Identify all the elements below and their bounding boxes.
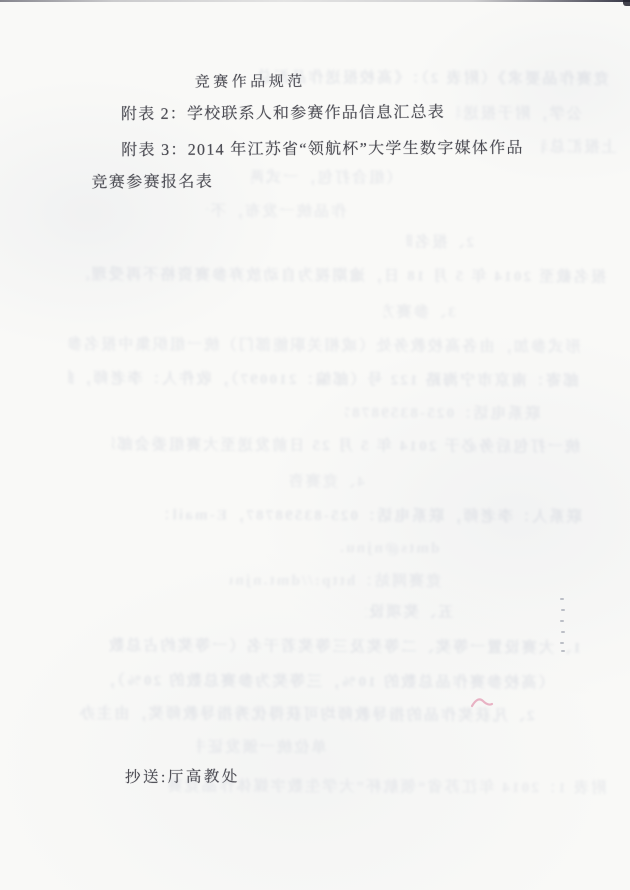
pink-pen-stroke xyxy=(472,699,492,706)
cc-line: 抄送:厅高教处 xyxy=(125,764,240,787)
attachment3-line: 附表 3：2014 年江苏省“领航杯”大学生数字媒体作品 xyxy=(121,135,524,160)
edge-tick-artifact xyxy=(560,598,564,600)
edge-tick-artifact xyxy=(561,609,565,611)
title-line: 竞赛作品规范 xyxy=(195,70,306,92)
scanned-page: 竞赛作品要求》（附表 2）：《高校报送作品汇总公学，附于报送表上报汇总表（组合打… xyxy=(0,0,630,890)
pink-pen-mark xyxy=(470,694,494,710)
attachment3-continuation-line: 竞赛参赛报名表 xyxy=(91,169,213,193)
edge-tick-artifact xyxy=(561,631,565,633)
document-text-layer: 竞赛作品规范 附表 2：学校联系人和参赛作品信息汇总表 附表 3：2014 年江… xyxy=(0,0,630,890)
attachment2-line: 附表 2：学校联系人和参赛作品信息汇总表 xyxy=(121,99,445,124)
edge-tick-artifact xyxy=(561,650,565,652)
edge-tick-artifact xyxy=(560,620,564,622)
edge-tick-artifact xyxy=(560,642,564,644)
